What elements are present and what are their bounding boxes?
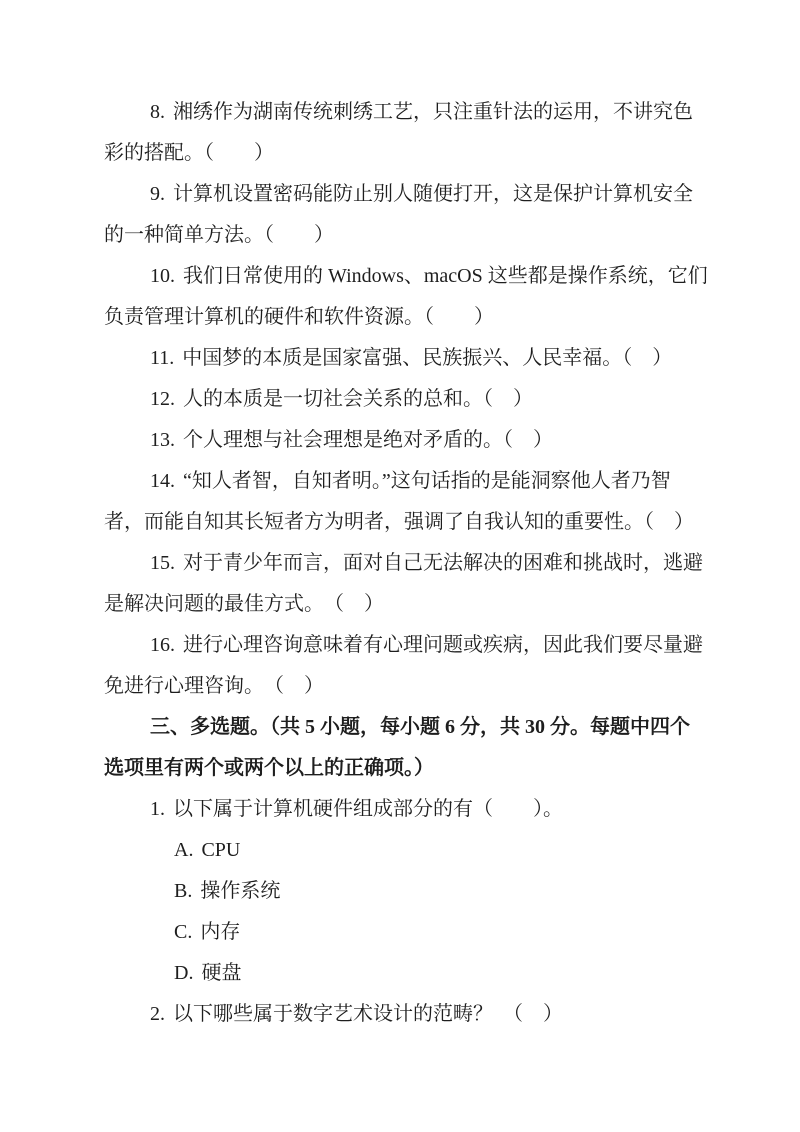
option-b: B.操作系统 bbox=[104, 871, 708, 912]
option-label: B. bbox=[174, 880, 192, 902]
option-text: 内存 bbox=[200, 921, 240, 943]
question-text: “知人者智，自知者明。”这句话指的是能洞察他人者乃智者，而能自知其长短者方为明者… bbox=[104, 470, 671, 533]
section-heading-multiple-choice: 三、多选题。（共 5 小题，每小题 6 分，共 30 分。每题中四个选项里有两个… bbox=[104, 707, 708, 789]
tf-question-15: 15.对于青少年而言，面对自己无法解决的困难和挑战时，逃避是解决问题的最佳方式。… bbox=[104, 543, 708, 625]
tf-question-8: 8.湘绣作为湖南传统刺绣工艺，只注重针法的运用，不讲究色彩的搭配。（ ） bbox=[104, 92, 708, 174]
mc-question-2: 2.以下哪些属于数字艺术设计的范畴？ （ ） bbox=[104, 994, 708, 1035]
question-number: 16. bbox=[150, 634, 175, 656]
question-number: 11. bbox=[150, 347, 174, 369]
tf-question-16: 16.进行心理咨询意味着有心理问题或疾病，因此我们要尽量避免进行心理咨询。 （ … bbox=[104, 625, 708, 707]
question-text: 人的本质是一切社会关系的总和。 bbox=[183, 388, 483, 410]
question-number: 13. bbox=[150, 429, 175, 451]
question-text: 计算机设置密码能防止别人随便打开，这是保护计算机安全的一种简单方法。 bbox=[104, 183, 693, 246]
answer-blank: （ ） bbox=[424, 306, 494, 328]
option-c: C.内存 bbox=[104, 912, 708, 953]
option-label: C. bbox=[174, 921, 192, 943]
question-text: 湘绣作为湖南传统刺绣工艺，只注重针法的运用，不讲究色彩的搭配。 bbox=[104, 101, 693, 164]
answer-blank: （ ） bbox=[473, 798, 543, 820]
question-number: 14. bbox=[150, 470, 175, 492]
answer-blank: （ ） bbox=[204, 142, 274, 164]
question-suffix: 。 bbox=[543, 798, 563, 820]
answer-blank: （ ） bbox=[644, 511, 694, 533]
tf-question-13: 13.个人理想与社会理想是绝对矛盾的。（ ） bbox=[104, 420, 708, 461]
question-text: 中国梦的本质是国家富强、民族振兴、人民幸福。 bbox=[182, 347, 622, 369]
question-text: 对于青少年而言，面对自己无法解决的困难和挑战时，逃避是解决问题的最佳方式。 bbox=[104, 552, 703, 615]
option-d: D.硬盘 bbox=[104, 953, 708, 994]
option-label: D. bbox=[174, 962, 193, 984]
question-number: 10. bbox=[150, 265, 175, 287]
option-label: A. bbox=[174, 839, 193, 861]
question-text: 个人理想与社会理想是绝对矛盾的。 bbox=[183, 429, 503, 451]
question-text: 我们日常使用的 Windows、macOS 这些都是操作系统，它们负责管理计算机… bbox=[104, 265, 708, 328]
answer-blank: （ ） bbox=[314, 593, 384, 615]
question-text: 以下哪些属于数字艺术设计的范畴？ bbox=[173, 1003, 493, 1025]
question-text: 进行心理咨询意味着有心理问题或疾病，因此我们要尽量避免进行心理咨询。 bbox=[104, 634, 703, 697]
answer-blank: （ ） bbox=[503, 429, 553, 451]
question-number: 2. bbox=[150, 1003, 165, 1025]
question-text: 以下属于计算机硬件组成部分的有 bbox=[173, 798, 473, 820]
answer-blank: （ ） bbox=[264, 224, 334, 246]
question-number: 8. bbox=[150, 101, 165, 123]
question-number: 15. bbox=[150, 552, 175, 574]
option-text: CPU bbox=[201, 839, 240, 861]
answer-blank: （ ） bbox=[254, 675, 324, 697]
tf-question-11: 11.中国梦的本质是国家富强、民族振兴、人民幸福。（ ） bbox=[104, 338, 708, 379]
tf-question-10: 10.我们日常使用的 Windows、macOS 这些都是操作系统，它们负责管理… bbox=[104, 256, 708, 338]
tf-question-9: 9.计算机设置密码能防止别人随便打开，这是保护计算机安全的一种简单方法。（ ） bbox=[104, 174, 708, 256]
option-a: A.CPU bbox=[104, 830, 708, 871]
answer-blank: （ ） bbox=[622, 347, 672, 369]
mc-question-1: 1.以下属于计算机硬件组成部分的有（ ）。 bbox=[104, 789, 708, 830]
question-number: 1. bbox=[150, 798, 165, 820]
option-text: 操作系统 bbox=[200, 880, 280, 902]
answer-blank: （ ） bbox=[493, 1003, 563, 1025]
option-text: 硬盘 bbox=[201, 962, 241, 984]
answer-blank: （ ） bbox=[483, 388, 533, 410]
exam-paper-page: 8.湘绣作为湖南传统刺绣工艺，只注重针法的运用，不讲究色彩的搭配。（ ） 9.计… bbox=[0, 0, 800, 1132]
question-number: 9. bbox=[150, 183, 165, 205]
tf-question-14: 14.“知人者智，自知者明。”这句话指的是能洞察他人者乃智者，而能自知其长短者方… bbox=[104, 461, 708, 543]
question-number: 12. bbox=[150, 388, 175, 410]
tf-question-12: 12.人的本质是一切社会关系的总和。（ ） bbox=[104, 379, 708, 420]
